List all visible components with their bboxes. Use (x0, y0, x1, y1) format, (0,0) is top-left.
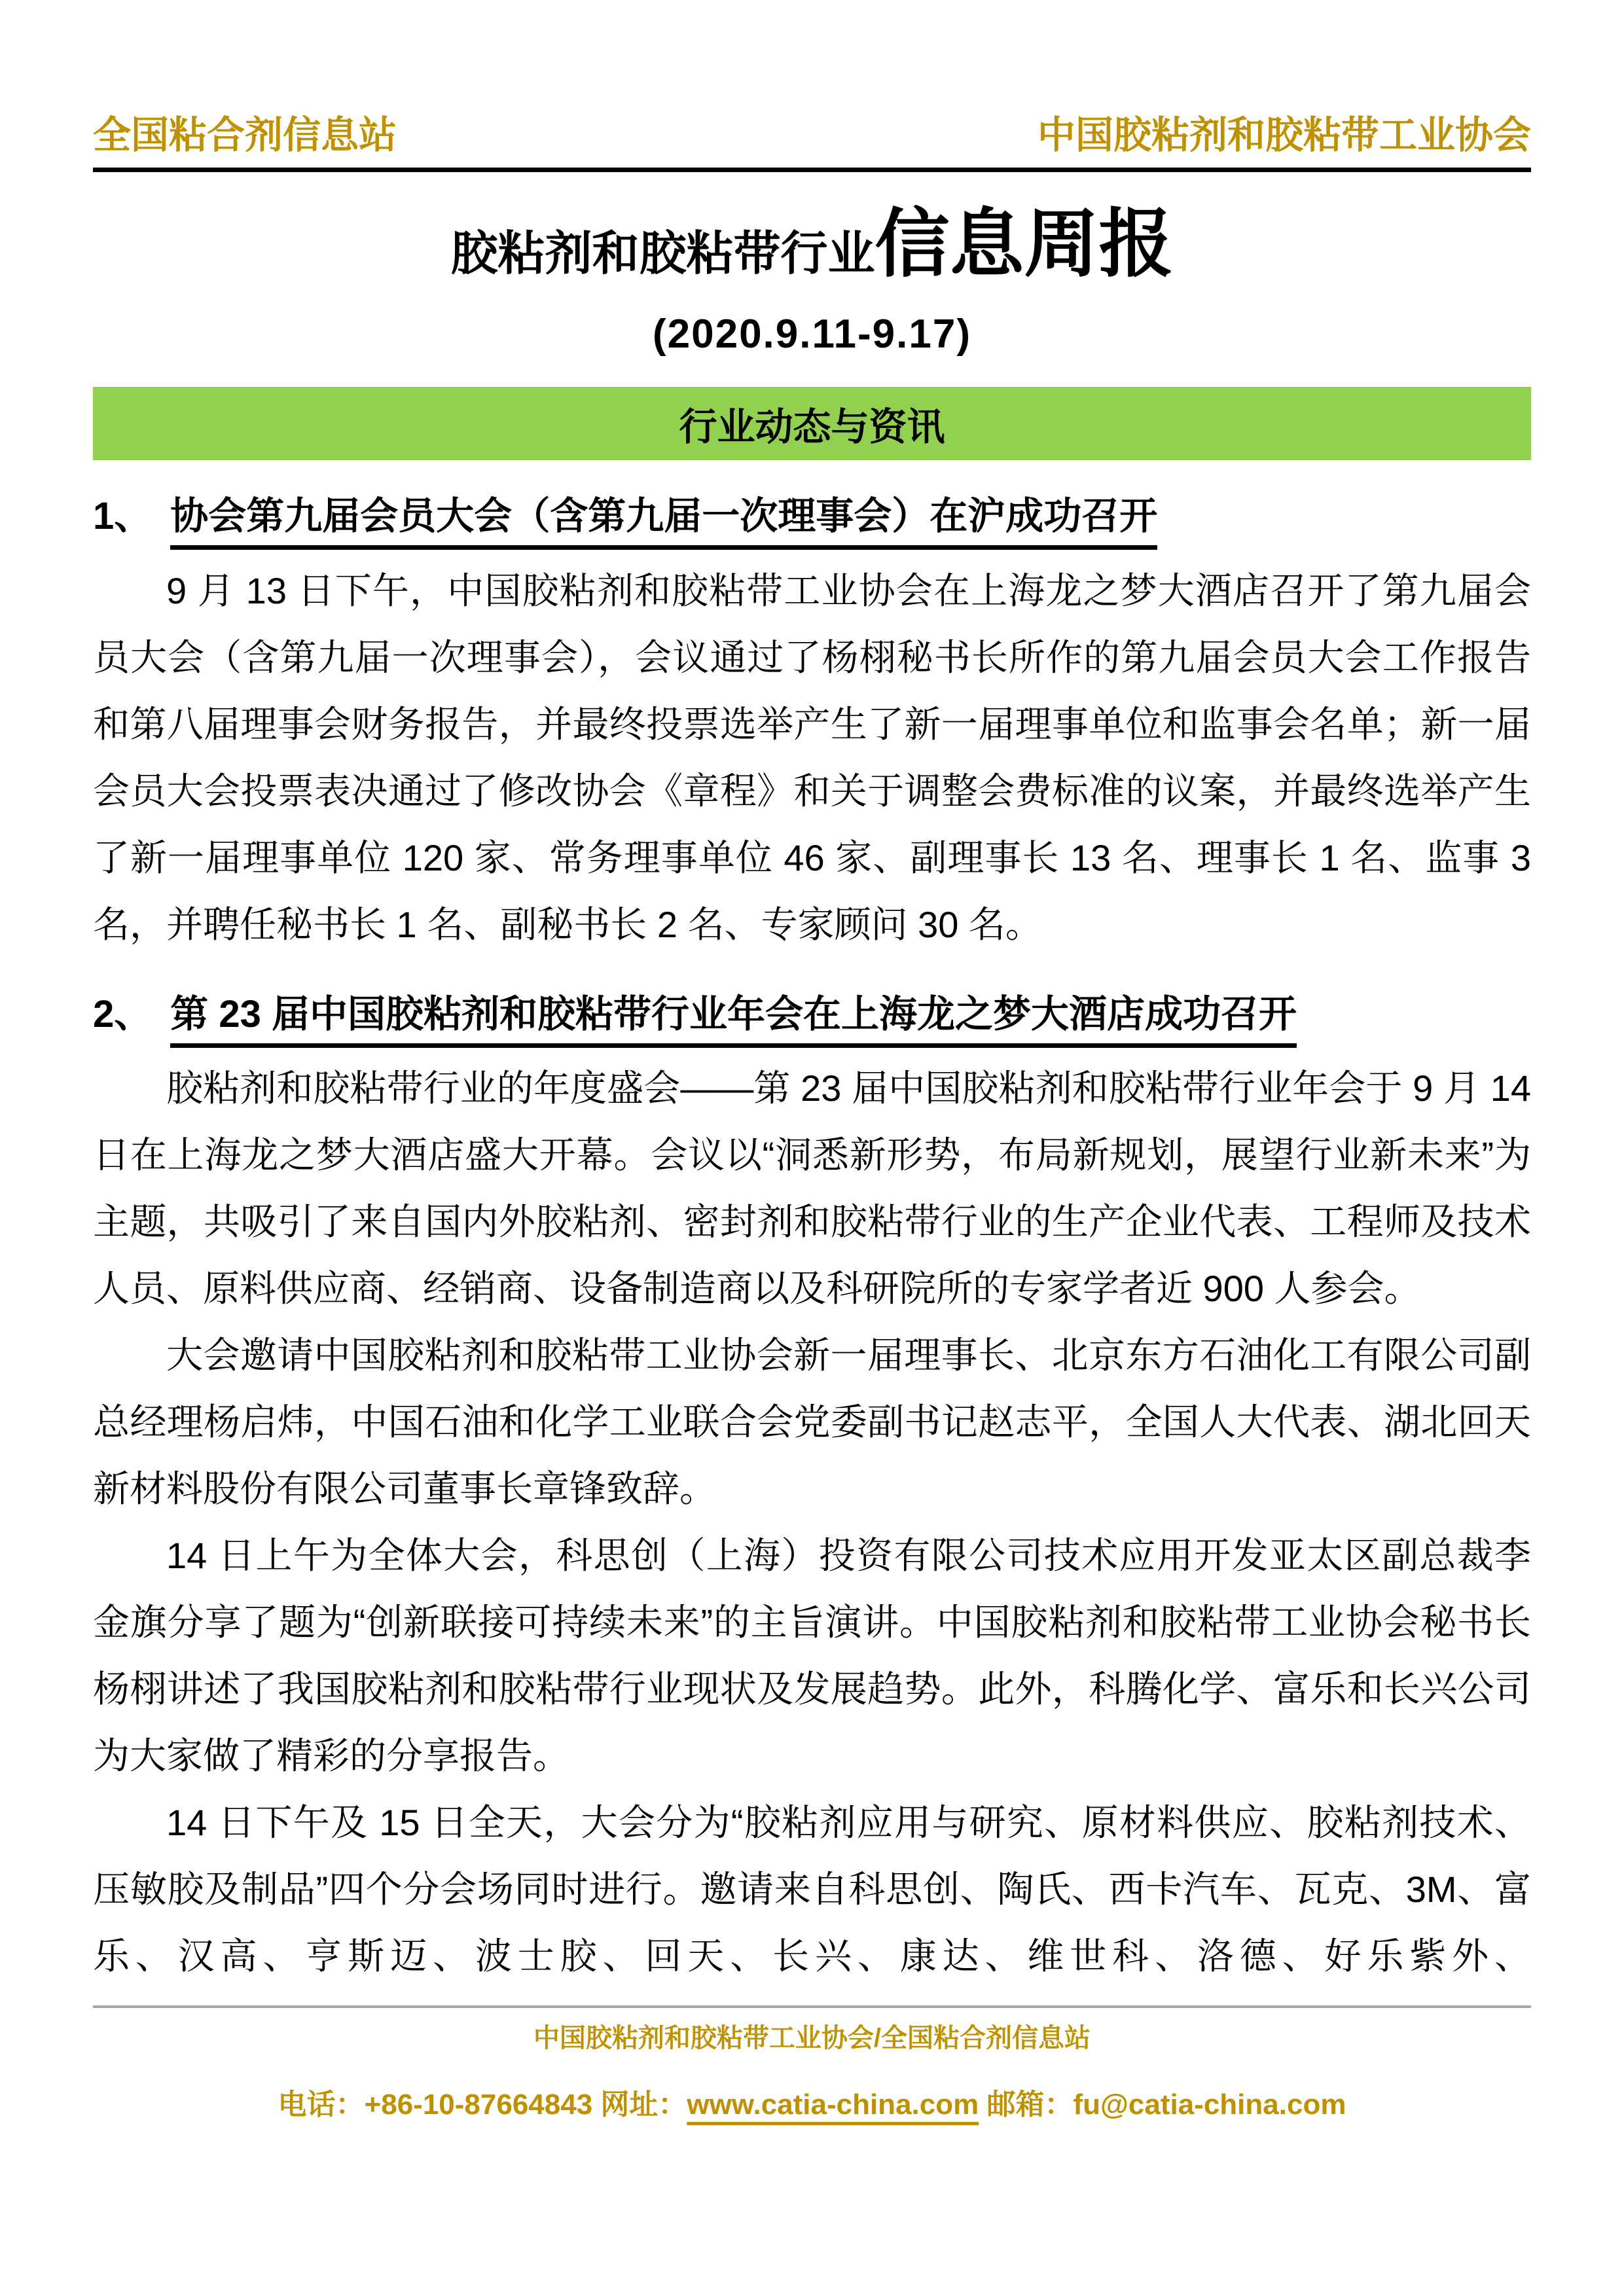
article-1-number: 1、 (93, 495, 170, 537)
article-2-paragraph: 胶粘剂和胶粘带行业的年度盛会——第 23 届中国胶粘剂和胶粘带行业年会于 9 月… (93, 1055, 1531, 1322)
page-title-prefix: 胶粘剂和胶粘带行业 (450, 228, 875, 280)
footer-contact-suffix: 邮箱：fu@catia-china.com (979, 2089, 1346, 2121)
article-1: 1、协会第九届会员大会（含第九届一次理事会）在沪成功召开 9 月 13 日下午，… (93, 492, 1531, 958)
date-range: (2020.9.11-9.17) (93, 311, 1531, 357)
footer-org-line: 中国胶粘剂和胶粘带工业协会/全国粘合剂信息站 (93, 2017, 1531, 2054)
header-right-org: 中国胶粘剂和胶粘带工业协会 (1038, 113, 1531, 158)
footer-divider (93, 2005, 1531, 2008)
section-banner-label: 行业动态与资讯 (679, 396, 945, 451)
footer-website-link[interactable]: www.catia-china.com (687, 2089, 979, 2121)
header-left-org: 全国粘合剂信息站 (93, 113, 397, 158)
article-2-paragraph: 14 日上午为全体大会，科思创（上海）投资有限公司技术应用开发亚太区副总裁李金旗… (93, 1522, 1531, 1789)
page-title-main: 信息周报 (875, 203, 1174, 286)
page-title: 胶粘剂和胶粘带行业信息周报 (93, 198, 1531, 292)
footer-contact-line: 电话：+86-10-87664843 网址：www.catia-china.co… (93, 2081, 1531, 2123)
article-1-paragraph: 9 月 13 日下午，中国胶粘剂和胶粘带工业协会在上海龙之梦大酒店召开了第九届会… (93, 558, 1531, 958)
section-banner: 行业动态与资讯 (93, 387, 1531, 460)
article-2-heading-text: 第 23 届中国胶粘剂和胶粘带行业年会在上海龙之梦大酒店成功召开 (170, 993, 1297, 1048)
article-2-paragraph: 大会邀请中国胶粘剂和胶粘带工业协会新一届理事长、北京东方石油化工有限公司副总经理… (93, 1322, 1531, 1522)
article-1-heading: 1、协会第九届会员大会（含第九届一次理事会）在沪成功召开 (93, 492, 1531, 542)
article-2-body: 胶粘剂和胶粘带行业的年度盛会——第 23 届中国胶粘剂和胶粘带行业年会于 9 月… (93, 1055, 1531, 1990)
article-2: 2、第 23 届中国胶粘剂和胶粘带行业年会在上海龙之梦大酒店成功召开 胶粘剂和胶… (93, 990, 1531, 1990)
page-header: 全国粘合剂信息站 中国胶粘剂和胶粘带工业协会 (93, 113, 1531, 158)
header-divider (93, 168, 1531, 172)
article-1-body: 9 月 13 日下午，中国胶粘剂和胶粘带工业协会在上海龙之梦大酒店召开了第九届会… (93, 558, 1531, 958)
article-1-heading-text: 协会第九届会员大会（含第九届一次理事会）在沪成功召开 (170, 495, 1157, 550)
footer-contact-prefix: 电话：+86-10-87664843 网址： (278, 2089, 687, 2121)
article-2-number: 2、 (93, 993, 170, 1035)
article-2-paragraph: 14 日下午及 15 日全天，大会分为“胶粘剂应用与研究、原材料供应、胶粘剂技术… (93, 1789, 1531, 1990)
article-2-heading: 2、第 23 届中国胶粘剂和胶粘带行业年会在上海龙之梦大酒店成功召开 (93, 990, 1531, 1040)
